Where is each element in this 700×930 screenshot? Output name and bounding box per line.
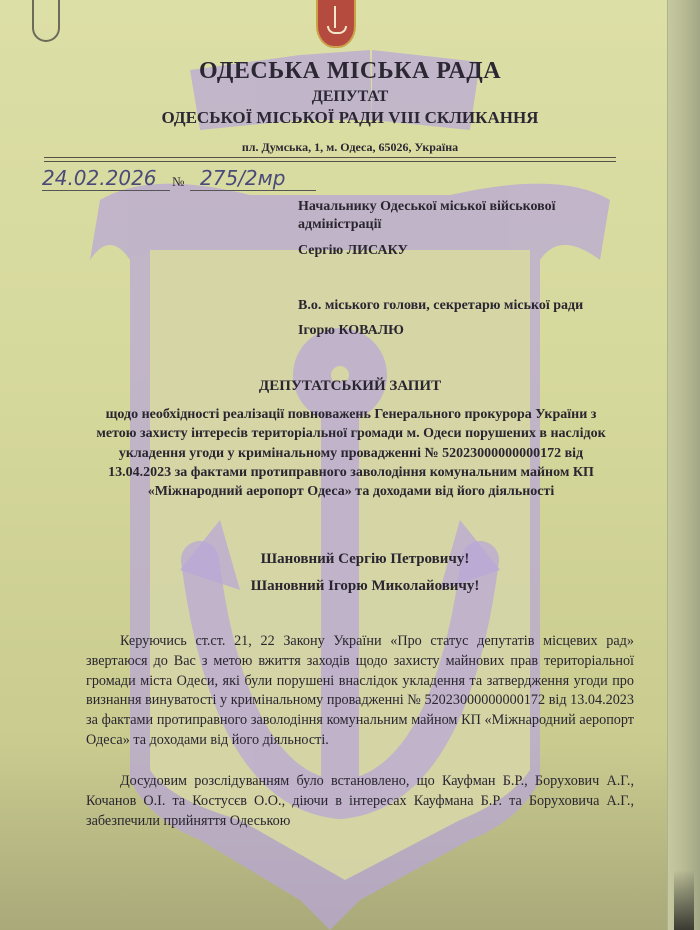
number-sign: № bbox=[172, 174, 184, 190]
letter: ОДЕСЬКА МІСЬКА РАДА ДЕПУТАТ ОДЕСЬКОЇ МІС… bbox=[0, 0, 700, 930]
body-paragraph: Досудовим розслідуванням було встановлен… bbox=[86, 772, 634, 831]
deputy-role: ДЕПУТАТ bbox=[0, 88, 700, 106]
addressee-1-position: Начальнику Одеської міської військової а… bbox=[298, 198, 618, 234]
letterhead-address: пл. Думська, 1, м. Одеса, 65026, Україна bbox=[0, 140, 700, 155]
addressee-1-name: Сергію ЛИСАКУ bbox=[298, 242, 408, 260]
greeting-2: Шановний Ігорю Миколайовичу! bbox=[0, 578, 700, 595]
divider bbox=[44, 157, 616, 158]
body-paragraph: Керуючись ст.ст. 21, 22 Закону України «… bbox=[86, 632, 634, 751]
addressee-2-name: Ігорю КОВАЛЮ bbox=[298, 322, 404, 340]
document-title: ДЕПУТАТСЬКИЙ ЗАПИТ bbox=[0, 378, 700, 395]
greeting-1: Шановний Сергію Петровичу! bbox=[0, 551, 700, 568]
registration-number: 275/2мр bbox=[190, 166, 316, 191]
divider bbox=[44, 161, 616, 162]
document-subject: щодо необхідності реалізації повноважень… bbox=[95, 405, 607, 501]
council-convocation: ОДЕСЬКОЇ МІСЬКОЇ РАДИ VIII СКЛИКАННЯ bbox=[0, 108, 700, 128]
addressee-2-position: В.о. міського голови, секретарю міської … bbox=[298, 297, 658, 315]
organization-name: ОДЕСЬКА МІСЬКА РАДА bbox=[0, 58, 700, 85]
registration-date: 24.02.2026 bbox=[42, 166, 170, 191]
